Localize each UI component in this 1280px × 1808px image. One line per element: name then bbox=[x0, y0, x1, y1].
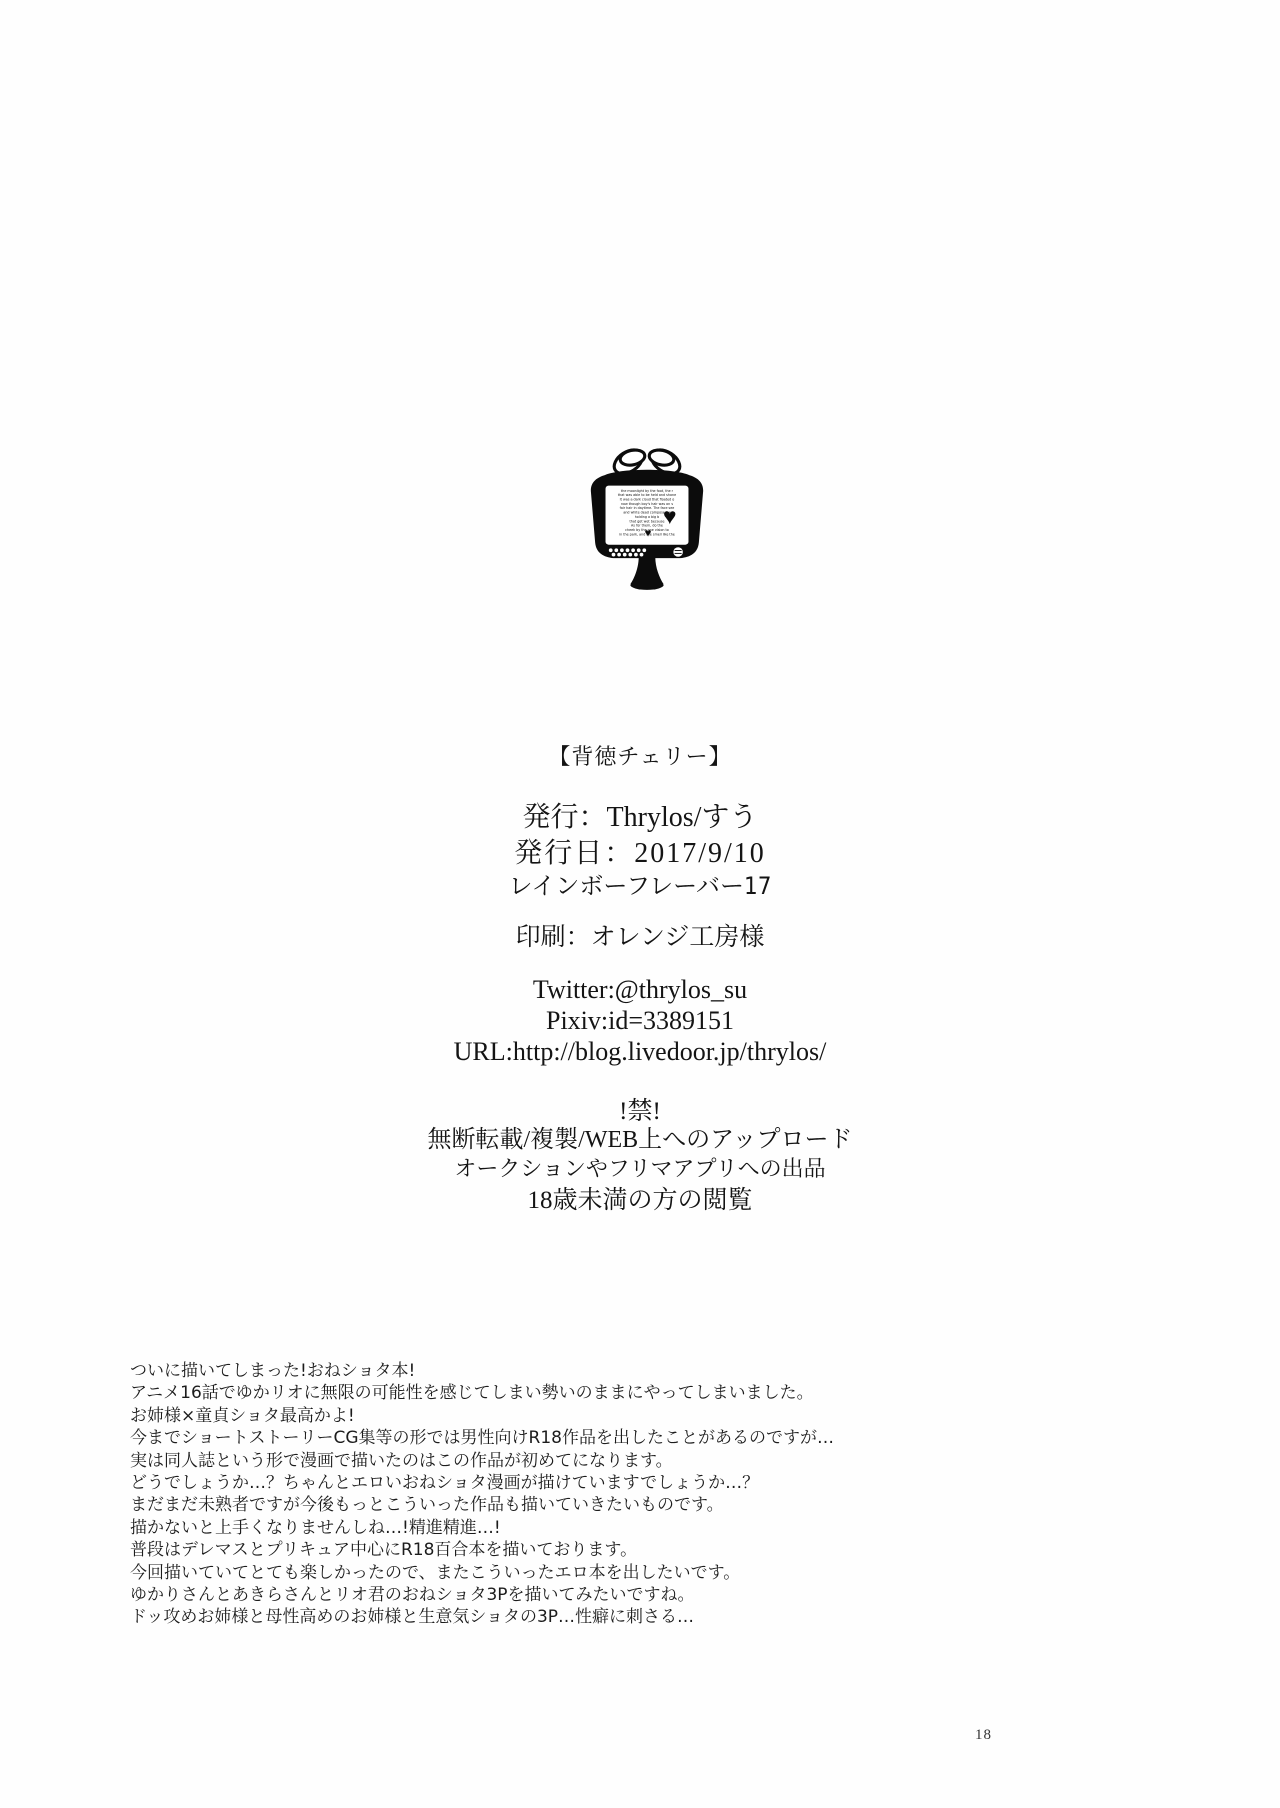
afterword-line: アニメ16話でゆかリオに無限の可能性を感じてしまい勢いのままにやってしまいました… bbox=[130, 1382, 1090, 1404]
heart-icon: ♥ bbox=[645, 527, 652, 539]
publisher-line: 発行：Thrylos/すう bbox=[0, 795, 1280, 835]
prohibition-line: 18歳未満の方の閲覧 bbox=[0, 1180, 1280, 1216]
prohibition-line: 無断転載/複製/WEB上へのアップロード bbox=[0, 1119, 1280, 1154]
afterword-line: ドッ攻めお姉様と母性高めのお姉様と生意気ショタの3P…性癖に刺さる… bbox=[130, 1606, 1090, 1628]
tv-gift-logo: the moonlight by the foot, the r that wa… bbox=[578, 441, 716, 609]
printer-line: 印刷：オレンジ工房様 bbox=[0, 917, 1280, 953]
page-number: 18 bbox=[975, 1727, 992, 1744]
afterword-line: 普段はデレマスとプリキュア中心にR18百合本を描いております。 bbox=[130, 1539, 1090, 1561]
afterword-line: 描かないと上手くなりませんしね…!精進精進…! bbox=[130, 1517, 1090, 1539]
publish-date-line: 発行日：2017/9/10 bbox=[0, 831, 1280, 871]
afterword-line: どうでしょうか…？ちゃんとエロいおねショタ漫画が描けていますでしょうか…？ bbox=[130, 1472, 1090, 1494]
event-line: レインボーフレーバー17 bbox=[0, 866, 1280, 901]
afterword-line: ゆかりさんとあきらさんとリオ君のおねショタ3Pを描いてみたいですね。 bbox=[130, 1584, 1090, 1606]
pixiv-line: Pixiv:id=3389151 bbox=[0, 1006, 1280, 1036]
afterword-line: 実は同人誌という形で漫画で描いたのはこの作品が初めてになります。 bbox=[130, 1450, 1090, 1472]
afterword-line: 今回描いていてとても楽しかったので、またこういったエロ本を出したいです。 bbox=[130, 1562, 1090, 1584]
doujinshi-colophon-page: the moonlight by the foot, the r that wa… bbox=[0, 0, 1280, 1808]
twitter-line: Twitter:@thrylos_su bbox=[0, 975, 1280, 1005]
book-title: 【背徳チェリー】 bbox=[0, 740, 1280, 771]
afterword-line: お姉様×童貞ショタ最高かよ! bbox=[130, 1405, 1090, 1427]
tv-stand bbox=[630, 557, 663, 584]
tv-base bbox=[630, 580, 663, 589]
knob-icon bbox=[673, 547, 683, 557]
prohibition-line: オークションやフリマアプリへの出品 bbox=[0, 1152, 1280, 1183]
afterword-block: ついに描いてしまった!おねショタ本! アニメ16話でゆかリオに無限の可能性を感じ… bbox=[130, 1360, 1090, 1629]
afterword-line: 今までショートストーリーCG集等の形では男性向けR18作品を出したことがあるので… bbox=[130, 1427, 1090, 1449]
heart-icon: ♥ bbox=[663, 504, 677, 529]
afterword-line: ついに描いてしまった!おねショタ本! bbox=[130, 1360, 1090, 1382]
afterword-line: まだまだ未熟者ですが今後もっとこういった作品も描いていきたいものです。 bbox=[130, 1494, 1090, 1516]
url-line: URL:http://blog.livedoor.jp/thrylos/ bbox=[0, 1037, 1280, 1067]
